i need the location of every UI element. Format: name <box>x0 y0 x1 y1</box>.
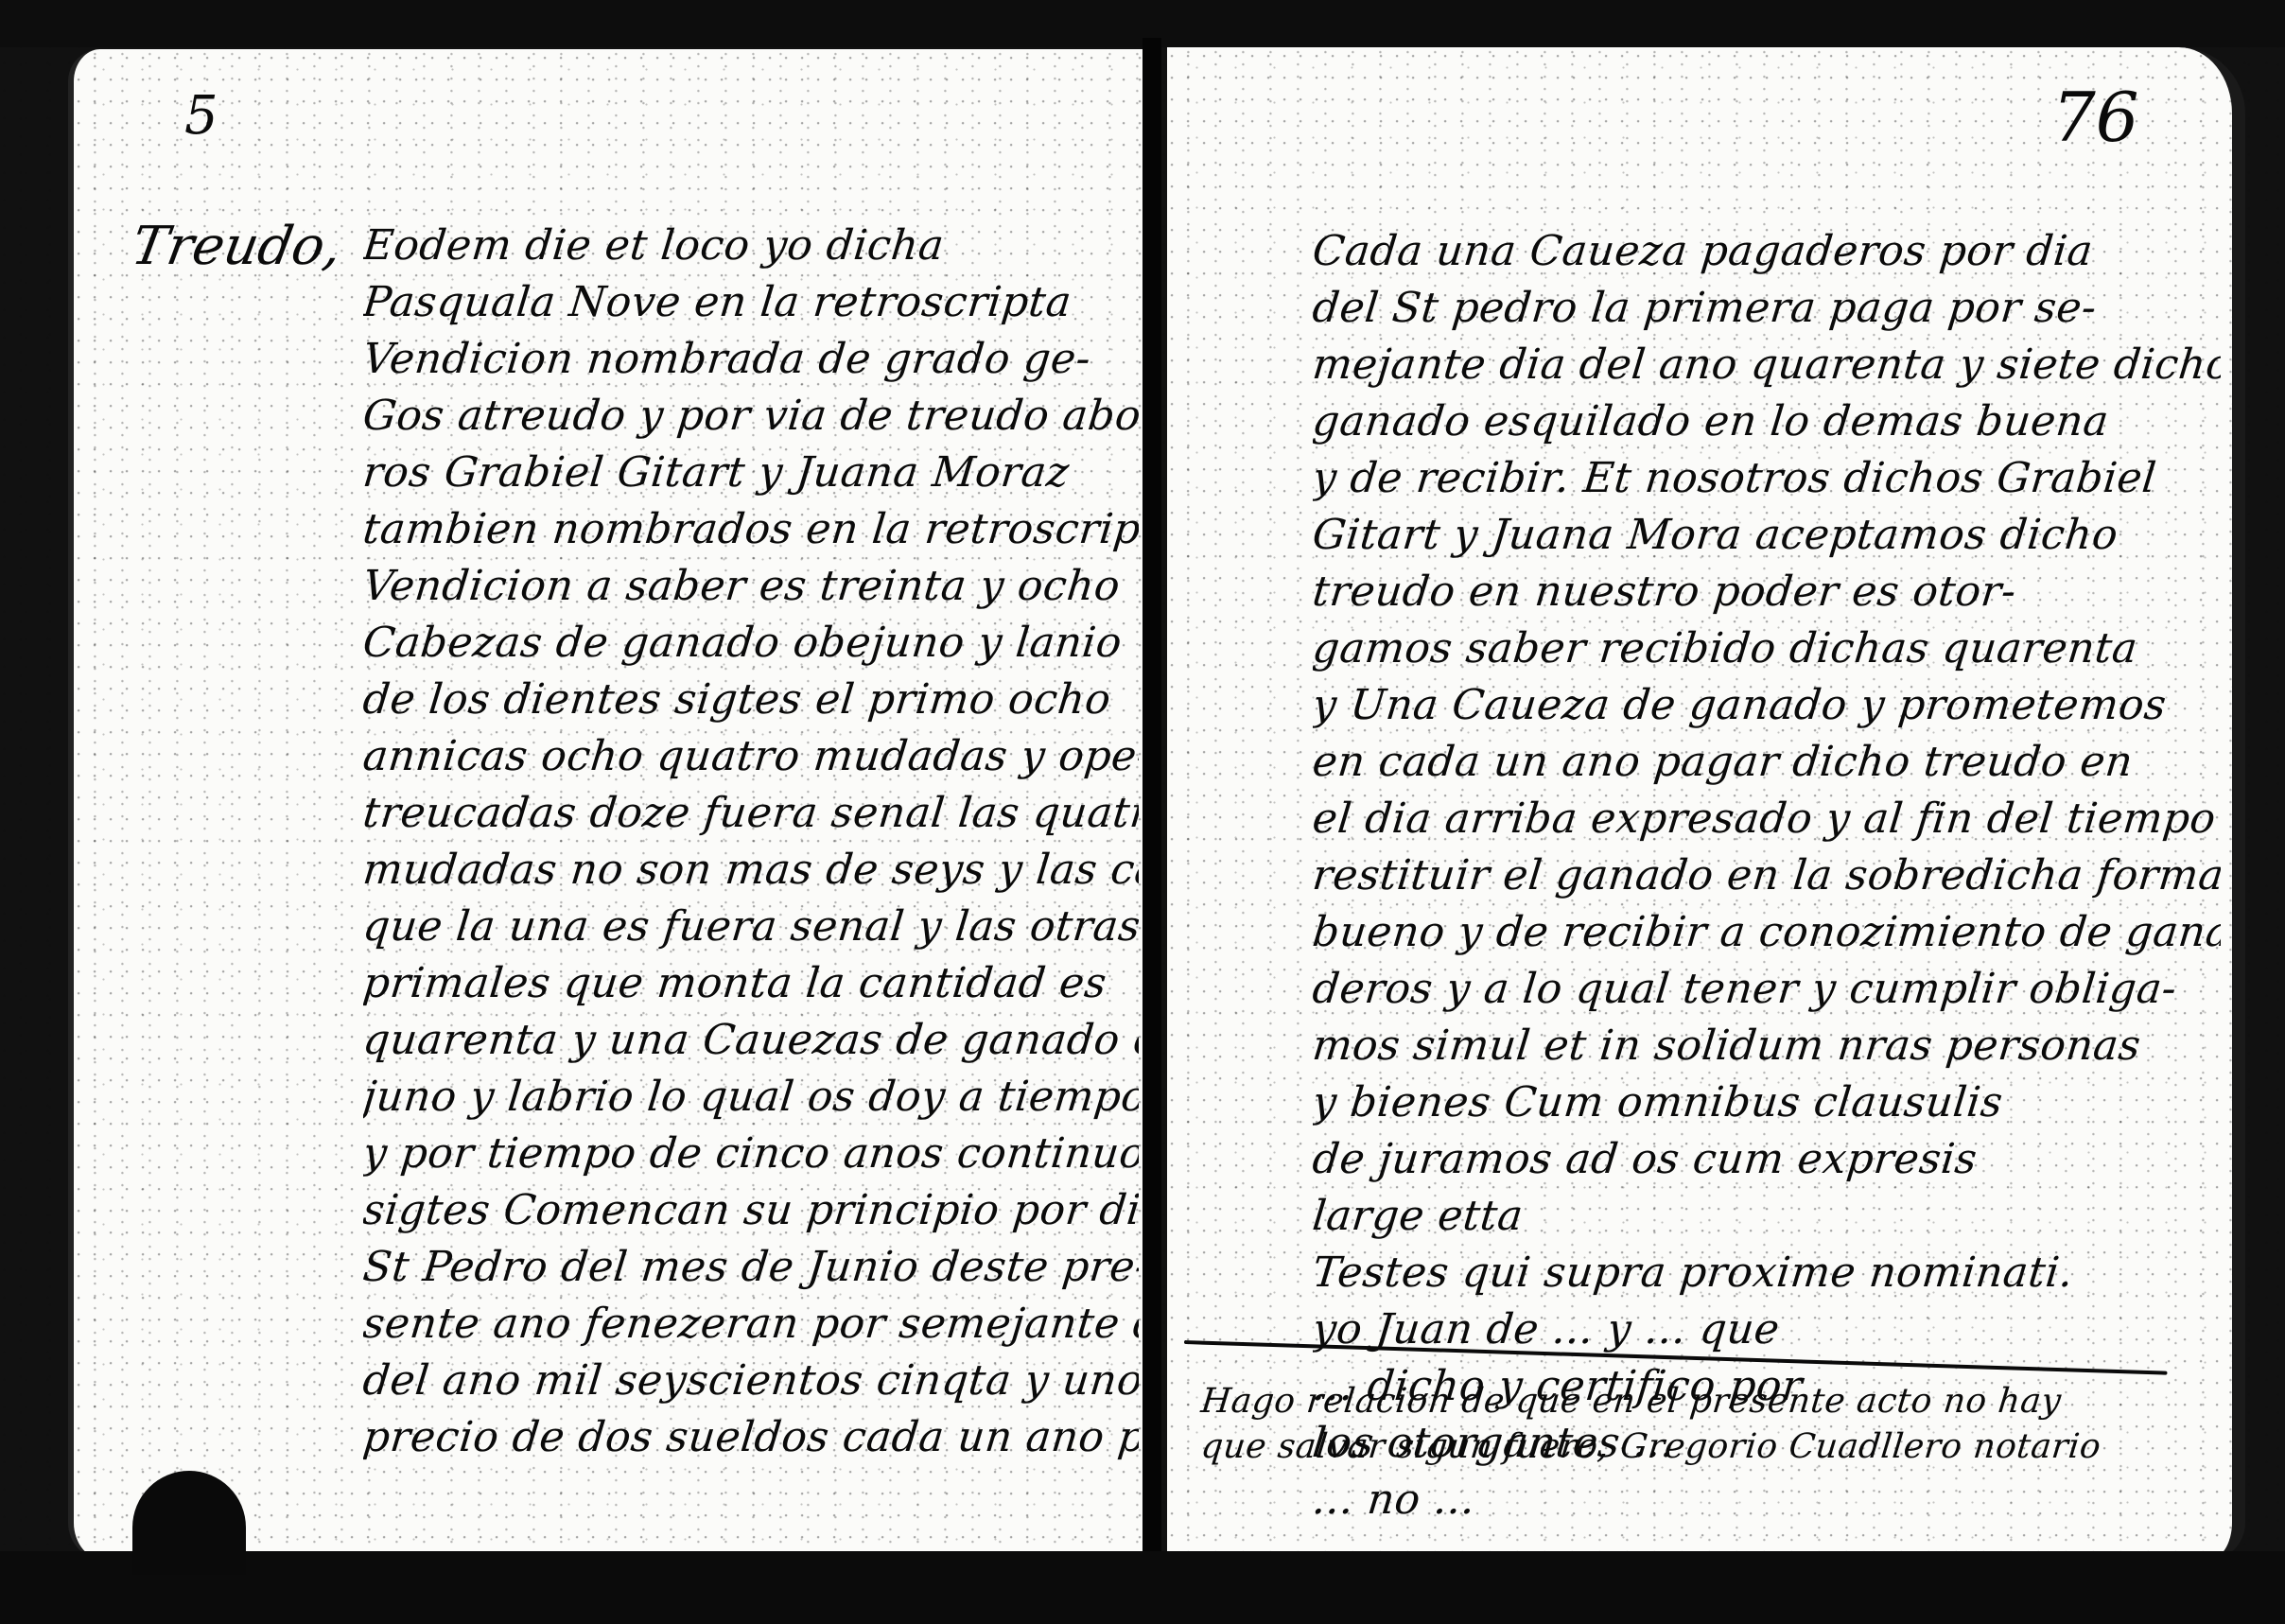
text-line: bueno y de recibir a conozimiento de gan… <box>1313 904 2221 961</box>
margin-note-treudo: Treudo, <box>127 216 346 277</box>
text-line: sente ano fenezeran por semejante dia <box>363 1296 1139 1353</box>
text-line: treudo en nuestro poder es otor- <box>1313 564 2221 620</box>
text-line: mos simul et in solidum nras personas <box>1313 1018 2221 1074</box>
text-line: y por tiempo de cinco anos continuos y <box>363 1126 1139 1182</box>
text-line: tambien nombrados en la retroscripta <box>363 501 1139 558</box>
text-line: deros y a lo qual tener y cumplir obliga… <box>1313 961 2221 1018</box>
text-line: Pasquala Nove en la retroscripta <box>363 274 1139 331</box>
left-folio-mark: 5 <box>184 85 218 147</box>
text-line: mudadas no son mas de seys y las cabe- <box>363 842 1139 899</box>
page-corner-blot <box>132 1471 246 1575</box>
scan-bottom-border <box>0 1551 2285 1624</box>
text-line: primales que monta la cantidad es <box>363 955 1139 1012</box>
text-line: y Una Caueza de ganado y prometemos <box>1313 677 2221 734</box>
text-line: sigtes Comencan su principio por dia de <box>363 1182 1139 1239</box>
text-line: Eodem die et loco yo dicha <box>363 218 1139 274</box>
text-line: y bienes Cum omnibus clausulis <box>1313 1074 2221 1131</box>
text-line: de los dientes sigtes el primo ocho <box>363 672 1139 728</box>
text-line: que la una es fuera senal y las otras do… <box>363 899 1139 955</box>
text-line: precio de dos sueldos cada un ano por <box>363 1409 1139 1466</box>
text-line: annicas ocho quatro mudadas y ope- <box>363 728 1139 785</box>
text-line: restituir el ganado en la sobredicha for… <box>1313 847 2221 904</box>
text-line: Cabezas de ganado obejuno y lanio <box>363 615 1139 672</box>
text-line: del St pedro la primera paga por se- <box>1313 280 2221 337</box>
text-line: Cada una Caueza pagaderos por dia <box>1313 223 2221 280</box>
witness-line: ... no ... <box>1313 1472 2221 1528</box>
footnote-line: que salvar sigun fuero, Gregorio Cuadlle… <box>1198 1424 2149 1470</box>
text-line: ganado esquilado en lo demas buena <box>1313 393 2221 450</box>
text-line: en cada un ano pagar dicho treudo en <box>1313 734 2221 791</box>
footnote-line: Hago relacion de que en el presente acto… <box>1198 1379 2149 1424</box>
text-line: St Pedro del mes de Junio deste pre- <box>363 1239 1139 1296</box>
text-line: ros Grabiel Gitart y Juana Moraz <box>363 445 1139 501</box>
text-line: Vendicion nombrada de grado ge- <box>363 331 1139 388</box>
text-line: del ano mil seyscientos cinqta y uno y <box>363 1353 1139 1409</box>
text-line: Vendicion a saber es treinta y ocho <box>363 558 1139 615</box>
text-line: de juramos ad os cum expresis <box>1313 1131 2221 1188</box>
left-page-text: Eodem die et loco yo dicha Pasquala Nove… <box>363 218 1139 1466</box>
text-line: large etta <box>1313 1188 2221 1245</box>
text-line: gamos saber recibido dichas quarenta <box>1313 620 2221 677</box>
text-line: juno y labrio lo qual os doy a tiempo <box>363 1069 1139 1126</box>
text-line: y de recibir. Et nosotros dichos Grabiel <box>1313 450 2221 507</box>
book-gutter <box>1142 38 1161 1570</box>
text-line: el dia arriba expresado y al fin del tie… <box>1313 791 2221 847</box>
text-line: mejante dia del ano quarenta y siete dic… <box>1313 337 2221 393</box>
right-page-text: Cada una Caueza pagaderos por dia del St… <box>1313 223 2221 1528</box>
text-line: Gitart y Juana Mora aceptamos dicho <box>1313 507 2221 564</box>
text-line: quarenta y una Cauezas de ganado obe- <box>363 1012 1139 1069</box>
notary-footnote: Hago relacion de que en el presente acto… <box>1201 1379 2147 1470</box>
right-folio-number: 76 <box>2052 78 2139 157</box>
text-line: treucadas doze fuera senal las quatro <box>363 785 1139 842</box>
text-line: Gos atreudo y por via de treudo abos <box>363 388 1139 445</box>
witness-line: Testes qui supra proxime nominati. <box>1313 1245 2221 1301</box>
